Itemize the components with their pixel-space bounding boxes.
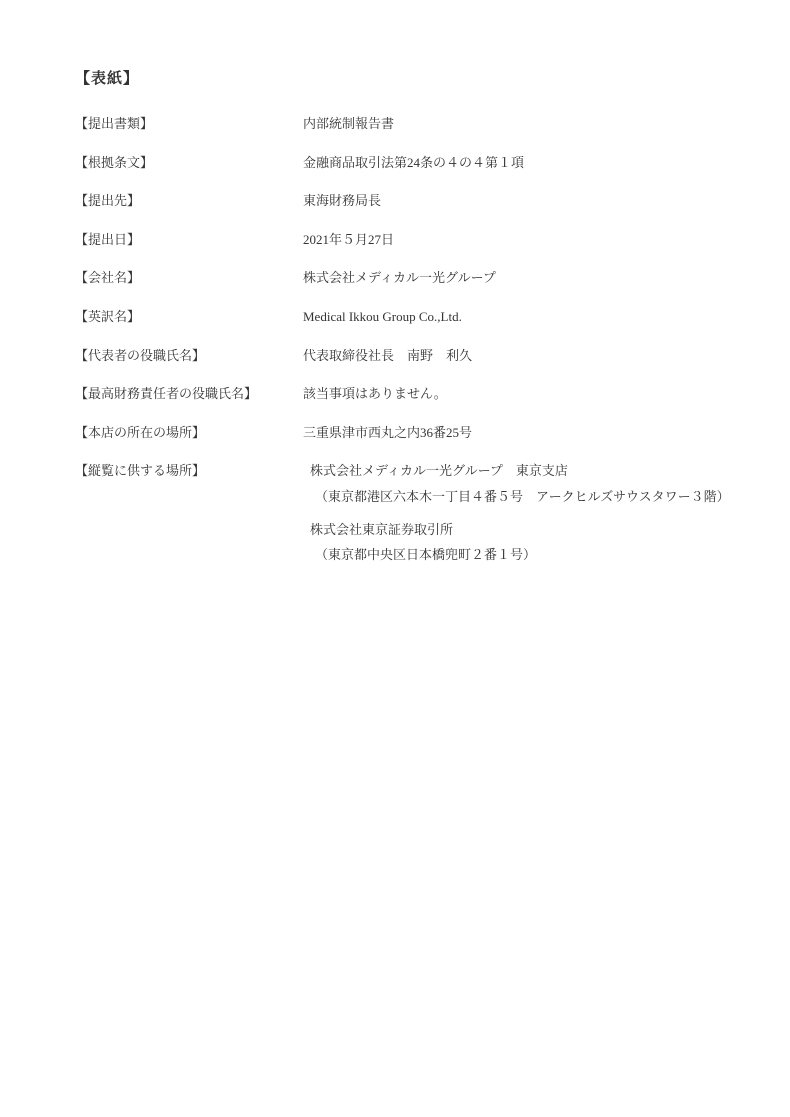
inspection-place-name: 株式会社東京証券取引所 bbox=[310, 522, 735, 538]
document-page: 【表紙】 【提出書類】 内部統制報告書 【根拠条文】 金融商品取引法第24条の４… bbox=[0, 0, 790, 1117]
field-row-head-office-location: 【本店の所在の場所】 三重県津市西丸之内36番25号 bbox=[75, 425, 735, 441]
field-row-english-name: 【英訳名】 Medical Ikkou Group Co.,Ltd. bbox=[75, 309, 735, 325]
field-row-company-name: 【会社名】 株式会社メディカル一光グループ bbox=[75, 270, 735, 286]
inspection-places: 株式会社メディカル一光グループ 東京支店 （東京都港区六本木一丁目４番５号 アー… bbox=[303, 463, 735, 562]
field-row-submitted-to: 【提出先】 東海財務局長 bbox=[75, 193, 735, 209]
field-row-cfo: 【最高財務責任者の役職氏名】 該当事項はありません。 bbox=[75, 386, 735, 402]
field-value: Medical Ikkou Group Co.,Ltd. bbox=[303, 309, 735, 325]
field-label: 【縦覧に供する場所】 bbox=[75, 463, 303, 479]
field-label: 【英訳名】 bbox=[75, 309, 303, 325]
inspection-place: 株式会社メディカル一光グループ 東京支店 （東京都港区六本木一丁目４番５号 アー… bbox=[310, 463, 735, 504]
field-value: 該当事項はありません。 bbox=[303, 386, 735, 402]
field-row-submission-date: 【提出日】 2021年５月27日 bbox=[75, 232, 735, 248]
field-label: 【提出書類】 bbox=[75, 116, 303, 132]
inspection-place-address: （東京都港区六本木一丁目４番５号 アークヒルズサウスタワー３階） bbox=[310, 489, 735, 505]
field-row-public-inspection-places: 【縦覧に供する場所】 株式会社メディカル一光グループ 東京支店 （東京都港区六本… bbox=[75, 463, 735, 562]
field-label: 【代表者の役職氏名】 bbox=[75, 348, 303, 364]
field-label: 【根拠条文】 bbox=[75, 155, 303, 171]
inspection-place-address: （東京都中央区日本橋兜町２番１号） bbox=[310, 547, 735, 563]
field-value: 株式会社メディカル一光グループ bbox=[303, 270, 735, 286]
field-value: 金融商品取引法第24条の４の４第１項 bbox=[303, 155, 735, 171]
field-value: 内部統制報告書 bbox=[303, 116, 735, 132]
field-label: 【本店の所在の場所】 bbox=[75, 425, 303, 441]
field-row-submitted-document: 【提出書類】 内部統制報告書 bbox=[75, 116, 735, 132]
field-value: 代表取締役社長 南野 利久 bbox=[303, 348, 735, 364]
inspection-place: 株式会社東京証券取引所 （東京都中央区日本橋兜町２番１号） bbox=[310, 522, 735, 563]
page-title: 【表紙】 bbox=[75, 70, 735, 88]
field-label: 【最高財務責任者の役職氏名】 bbox=[75, 386, 303, 402]
field-value: 東海財務局長 bbox=[303, 193, 735, 209]
field-label: 【会社名】 bbox=[75, 270, 303, 286]
field-value: 2021年５月27日 bbox=[303, 232, 735, 248]
field-value: 三重県津市西丸之内36番25号 bbox=[303, 425, 735, 441]
inspection-place-name: 株式会社メディカル一光グループ 東京支店 bbox=[310, 463, 735, 479]
field-row-representative: 【代表者の役職氏名】 代表取締役社長 南野 利久 bbox=[75, 348, 735, 364]
field-row-legal-basis: 【根拠条文】 金融商品取引法第24条の４の４第１項 bbox=[75, 155, 735, 171]
field-label: 【提出先】 bbox=[75, 193, 303, 209]
field-label: 【提出日】 bbox=[75, 232, 303, 248]
